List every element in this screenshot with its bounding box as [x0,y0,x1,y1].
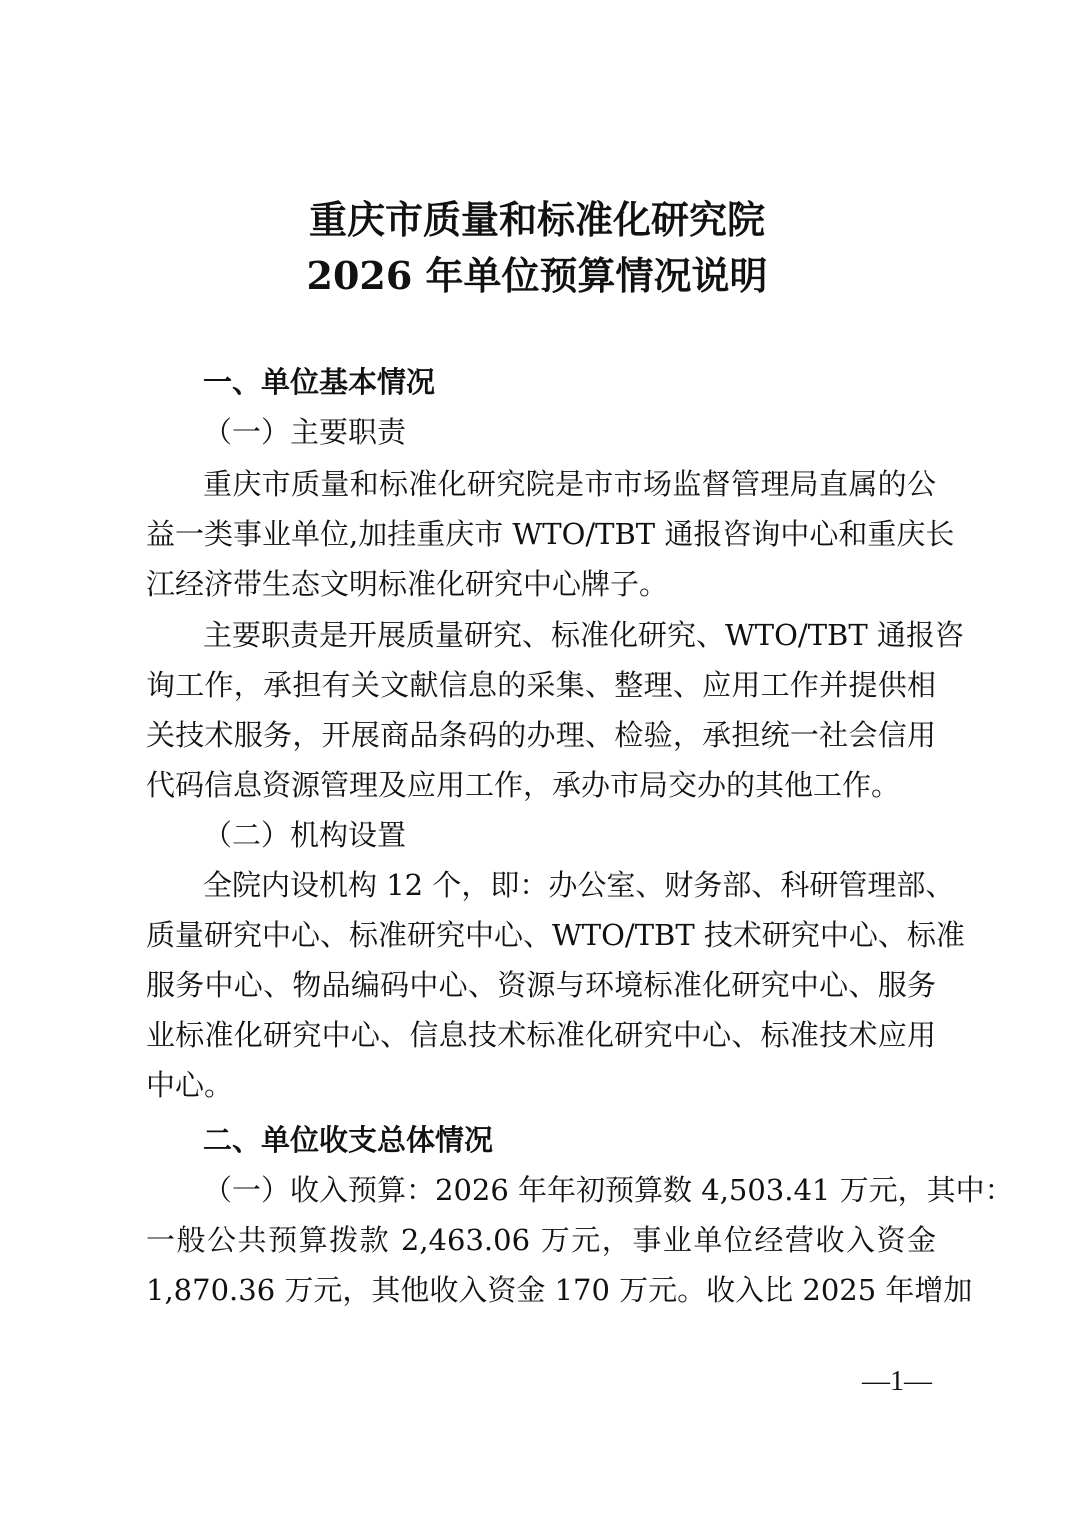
paragraph-line: 中心。 [146,1063,936,1107]
paragraph-line: 服务中心、物品编码中心、资源与环境标准化研究中心、服务 [146,963,936,1007]
document-subtitle: 2026 年单位预算情况说明 [0,254,1074,298]
subsection-heading-organization: （二）机构设置 [203,813,406,857]
paragraph-line: 江经济带生态文明标准化研究中心牌子。 [146,562,936,606]
paragraph-line: 询工作，承担有关文献信息的采集、整理、应用工作并提供相 [146,663,936,707]
paragraph-line: 关技术服务，开展商品条码的办理、检验，承担统一社会信用 [146,713,936,757]
document-title: 重庆市质量和标准化研究院 [0,198,1074,242]
paragraph-line: （一）收入预算：2026 年年初预算数 4,503.41 万元，其中： [203,1168,936,1212]
section-heading-basic-info: 一、单位基本情况 [203,360,435,404]
paragraph-line: 业标准化研究中心、信息技术标准化研究中心、标准技术应用 [146,1013,936,1057]
subsection-heading-duties: （一）主要职责 [203,410,406,454]
paragraph-line: 重庆市质量和标准化研究院是市市场监督管理局直属的公 [203,462,936,506]
paragraph-line: 益一类事业单位,加挂重庆市 WTO/TBT 通报咨询中心和重庆长 [146,512,936,556]
page-number: —1— [862,1364,932,1400]
document-page: 重庆市质量和标准化研究院 2026 年单位预算情况说明 一、单位基本情况 （一）… [0,0,1074,1520]
section-heading-revenue-expenditure: 二、单位收支总体情况 [203,1118,493,1162]
paragraph-line: 代码信息资源管理及应用工作，承办市局交办的其他工作。 [146,763,936,807]
paragraph-line: 一般公共预算拨款 2,463.06 万元，事业单位经营收入资金 [146,1218,936,1262]
paragraph-line: 主要职责是开展质量研究、标准化研究、WTO/TBT 通报咨 [203,613,936,657]
paragraph-line: 1,870.36 万元，其他收入资金 170 万元。收入比 2025 年增加 [146,1268,936,1312]
paragraph-line: 质量研究中心、标准研究中心、WTO/TBT 技术研究中心、标准 [146,913,936,957]
paragraph-line: 全院内设机构 12 个，即：办公室、财务部、科研管理部、 [203,863,936,907]
